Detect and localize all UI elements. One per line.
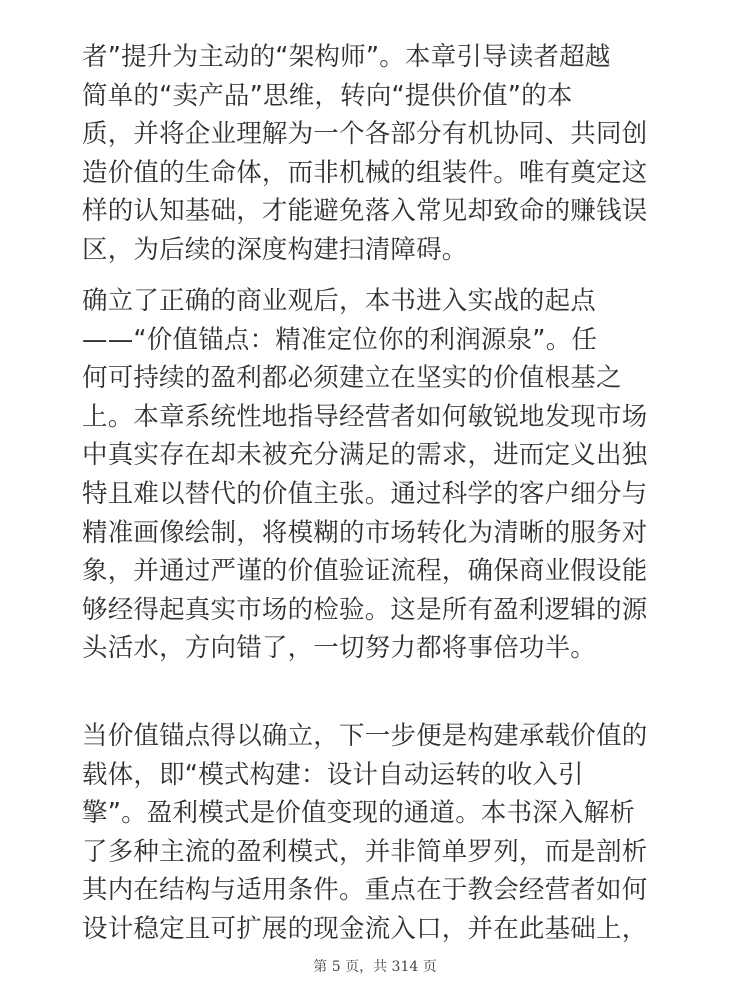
text-line: 够经得起真实市场的检验。这是所有盈利逻辑的源 [82,591,682,630]
text-line: 上。本章系统性地指导经营者如何敏锐地发现市场 [82,398,682,437]
page-number-footer: 第 5 页，共 314 页 [0,956,750,976]
text-line: 者”提升为主动的“架构师”。本章引导读者超越 [82,38,682,77]
text-line: 擎”。盈利模式是价值变现的通道。本书深入解析 [82,794,682,833]
text-line: 质，并将企业理解为一个各部分有机协同、共同创 [82,115,682,154]
text-line: 区，为后续的深度构建扫清障碍。 [82,231,682,270]
text-line: 样的认知基础，才能避免落入常见却致命的赚钱误 [82,192,682,231]
paragraph-2: 确立了正确的商业观后，本书进入实战的起点 ——“价值锚点：精准定位你的利润源泉”… [82,282,682,668]
text-line: 中真实存在却未被充分满足的需求，进而定义出独 [82,436,682,475]
text-line: 设计稳定且可扩展的现金流入口，并在此基础上， [82,910,682,949]
text-line: 了多种主流的盈利模式，并非简单罗列，而是剖析 [82,833,682,872]
text-line: 何可持续的盈利都必须建立在坚实的价值根基之 [82,359,682,398]
text-line: 其内在结构与适用条件。重点在于教会经营者如何 [82,871,682,910]
text-line: 精准画像绘制，将模糊的市场转化为清晰的服务对 [82,514,682,553]
text-line: 简单的“卖产品”思维，转向“提供价值”的本 [82,77,682,116]
text-line: 载体，即“模式构建：设计自动运转的收入引 [82,756,682,795]
text-line: 确立了正确的商业观后，本书进入实战的起点 [82,282,682,321]
text-line: 造价值的生命体，而非机械的组装件。唯有奠定这 [82,154,682,193]
text-line: 当价值锚点得以确立，下一步便是构建承载价值的 [82,717,682,756]
paragraph-1: 者”提升为主动的“架构师”。本章引导读者超越 简单的“卖产品”思维，转向“提供价… [82,38,682,270]
text-line: 象，并通过严谨的价值验证流程，确保商业假设能 [82,552,682,591]
paragraph-3: 当价值锚点得以确立，下一步便是构建承载价值的 载体，即“模式构建：设计自动运转的… [82,717,682,949]
text-line: 特且难以替代的价值主张。通过科学的客户细分与 [82,475,682,514]
document-page: 者”提升为主动的“架构师”。本章引导读者超越 简单的“卖产品”思维，转向“提供价… [0,0,750,1000]
text-line: 头活水，方向错了，一切努力都将事倍功半。 [82,629,682,668]
text-line: ——“价值锚点：精准定位你的利润源泉”。任 [82,321,682,360]
